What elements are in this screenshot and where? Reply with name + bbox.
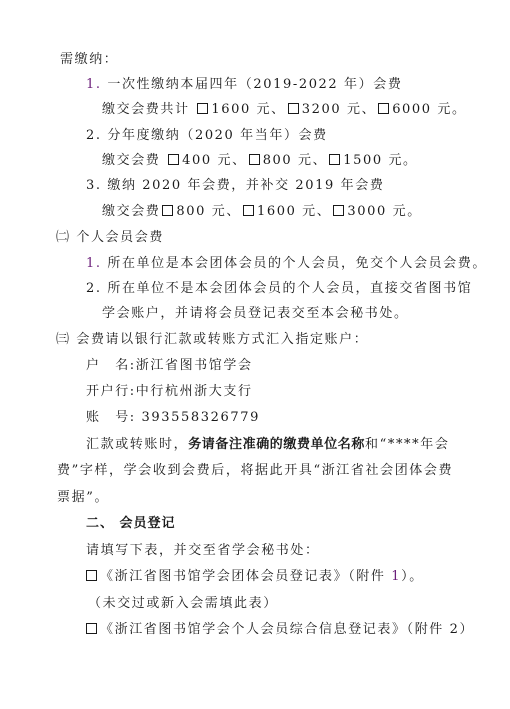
account-name: 浙江省图书馆学会 <box>136 358 253 373</box>
fee-option-2-choices: 缴交会费 400 元、800 元、1500 元。 <box>102 153 418 169</box>
payment-note-line-1: 汇款或转账时，务请备注准确的缴费单位名称和“****年会 <box>86 437 449 453</box>
fee-option-2-title: 2. 分年度缴纳（2020 年当年）会费 <box>86 128 328 144</box>
checkbox[interactable] <box>333 205 344 216</box>
list-number: 2. <box>86 128 102 143</box>
payment-note-emphasis: 务请备注准确的缴费单位名称 <box>188 437 365 452</box>
registration-form-2: 《浙江省图书馆学会个人会员综合信息登记表》（附件 2） <box>86 622 474 638</box>
list-number: 2. <box>86 281 102 296</box>
payment-heading: ㈢ 会费请以银行汇款或转账方式汇入指定账户： <box>56 332 368 348</box>
account-number: 393558326779 <box>142 410 260 425</box>
checkbox[interactable] <box>86 623 97 634</box>
section-marker: ㈢ <box>56 332 71 347</box>
list-number: 1. <box>86 256 102 271</box>
registration-heading: 二、 会员登记 <box>86 516 176 532</box>
registration-form-1-note: （未交过或新入会需填此表） <box>88 596 278 612</box>
checkbox[interactable] <box>162 205 173 216</box>
account-name-row: 户 名:浙江省图书馆学会 <box>86 358 253 374</box>
attachment-number: 2 <box>450 622 460 637</box>
checkbox[interactable] <box>243 205 254 216</box>
list-number: 1. <box>86 77 102 92</box>
account-number-row: 账 号: 393558326779 <box>86 410 260 426</box>
personal-fee-item-2-cont: 学会账户，并请将会员登记表交至本会秘书处。 <box>102 306 409 322</box>
fee-option-3-choices: 缴交会费800 元、1600 元、3000 元。 <box>102 204 422 220</box>
checkbox[interactable] <box>288 103 299 114</box>
bank-name: 中行杭州浙大支行 <box>136 384 253 399</box>
fee-intro: 需缴纳： <box>60 52 118 68</box>
checkbox[interactable] <box>249 154 260 165</box>
payment-note-line-3: 票据”。 <box>57 490 109 506</box>
section-marker: ㈡ <box>56 230 71 245</box>
checkbox[interactable] <box>378 103 389 114</box>
registration-form-1: 《浙江省图书馆学会团体会员登记表》（附件 1）。 <box>86 569 424 585</box>
fee-option-3-title: 3. 缴纳 2020 年会费，并补交 2019 年会费 <box>86 178 384 194</box>
checkbox[interactable] <box>86 570 97 581</box>
checkbox[interactable] <box>168 154 179 165</box>
personal-fee-item-1: 1. 所在单位是本会团体会员的个人会员，免交个人会员会费。 <box>86 256 487 272</box>
bank-row: 开户行:中行杭州浙大支行 <box>86 384 253 400</box>
list-number: 3. <box>86 178 102 193</box>
attachment-number: 1 <box>391 569 401 584</box>
fee-option-1-choices: 缴交会费共计 1600 元、3200 元、6000 元。 <box>102 102 467 118</box>
fee-option-1-title: 1. 一次性缴纳本届四年（2019-2022 年）会费 <box>86 77 402 93</box>
personal-fee-heading: ㈡ 个人会员会费 <box>56 230 164 246</box>
registration-instruction: 请填写下表，并交至省学会秘书处： <box>86 543 320 559</box>
payment-note-line-2: 费”字样，学会收到会费后，将据此开具“浙江省社会团体会费 <box>57 463 453 479</box>
checkbox[interactable] <box>197 103 208 114</box>
checkbox[interactable] <box>329 154 340 165</box>
personal-fee-item-2: 2. 所在单位不是本会团体会员的个人会员，直接交省图书馆 <box>86 281 472 297</box>
